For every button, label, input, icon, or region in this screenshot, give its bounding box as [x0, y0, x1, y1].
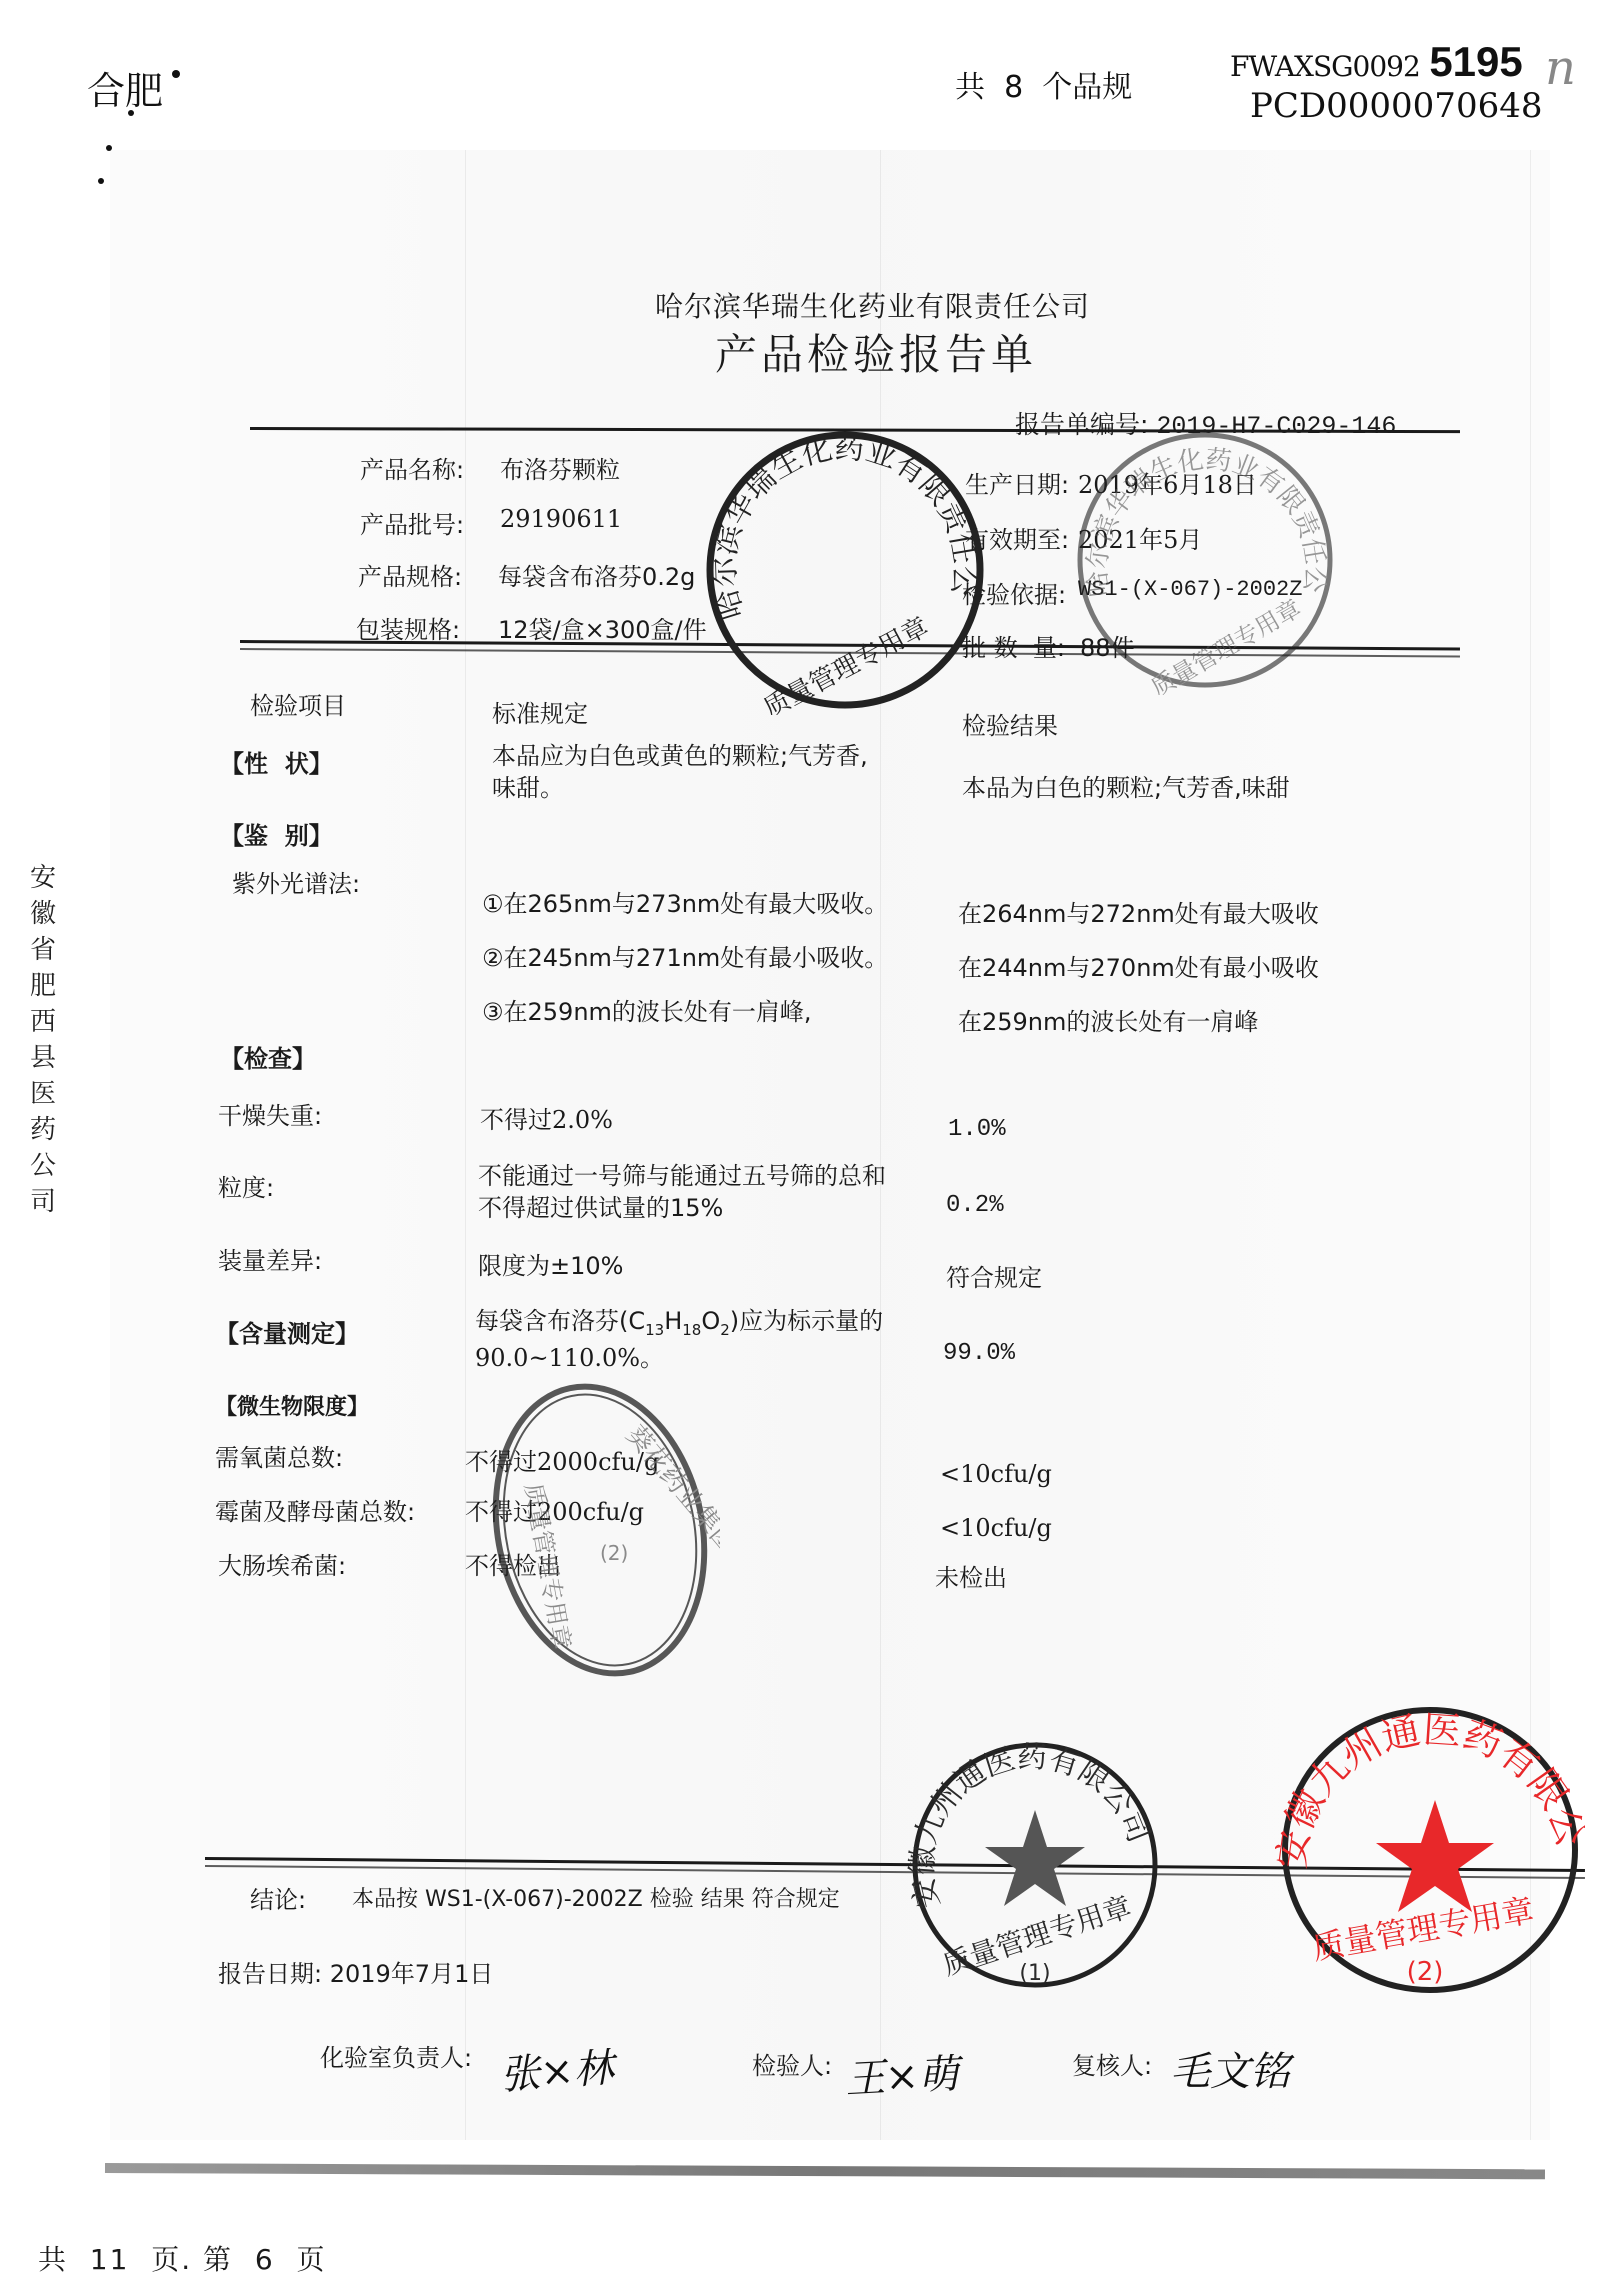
- assay-result: 99.0%: [943, 1338, 1015, 1370]
- assay-sub-c: 13: [645, 1321, 664, 1339]
- uv3-standard: ③在259nm的波长处有一肩峰,: [482, 996, 812, 1028]
- stamp-bottom-text: 质量管理专用章: [519, 1481, 576, 1651]
- stamp-bottom-red: 安徽九州通医药有限公司 质量管理专用章 (2): [1275, 1700, 1585, 2000]
- stamp-top-right: 哈尔滨华瑞生化药业有限责任公司 质量管理专用章: [1070, 425, 1340, 695]
- stamp-ring-text: 哈尔滨华瑞生化药业有限责任公司: [700, 425, 982, 623]
- stamp-number: (2): [1407, 1957, 1444, 1987]
- appearance-result: 本品为白色的颗粒;气芳香,味甜: [962, 772, 1290, 804]
- scan-dot: [106, 145, 112, 151]
- conclusion-text: 本品按 WS1-(X-067)-2002Z 检验 结果 符合规定: [352, 1884, 840, 1916]
- report-date-label: 报告日期:: [218, 1960, 322, 1988]
- col-header-item: 检验项目: [250, 690, 346, 722]
- inspector-label: 检验人:: [752, 2050, 832, 2082]
- aerobic-result: <10cfu/g: [940, 1458, 1052, 1490]
- appearance-standard-1: 本品应为白色或黄色的颗粒;气芳香,: [492, 740, 868, 772]
- lab-head-label: 化验室负责人:: [320, 2042, 472, 2074]
- aerobic-item: 需氧菌总数:: [215, 1442, 343, 1474]
- doc-code: FWAXSG0092 5195: [1230, 38, 1523, 86]
- particle-size-standard-1: 不能通过一号筛与能通过五号筛的总和: [478, 1160, 886, 1192]
- fill-variation-result: 符合规定: [946, 1262, 1042, 1294]
- lab-head-signature: 张×林: [498, 2036, 615, 2101]
- section-identification: 【鉴 别】: [220, 820, 333, 852]
- company-name: 哈尔滨华瑞生化药业有限责任公司: [655, 285, 1090, 325]
- star-icon: [985, 1810, 1085, 1906]
- assay-standard-1: 每袋含布洛芬(C13H18O2)应为标示量的: [475, 1305, 883, 1346]
- product-name-value: 布洛芬颗粒: [500, 450, 620, 485]
- assay-formula-prefix: 每袋含布洛芬(C: [475, 1307, 645, 1335]
- ecoli-item: 大肠埃希菌:: [218, 1550, 346, 1582]
- pack-label: 包装规格:: [356, 610, 460, 645]
- batch-label: 产品批号:: [360, 505, 464, 540]
- page-indicator: 共 11 页. 第 6 页: [38, 2238, 326, 2278]
- ecoli-result: 未检出: [935, 1562, 1007, 1594]
- assay-standard-2: 90.0~110.0%。: [475, 1342, 664, 1374]
- stamp-number: (1): [1019, 1961, 1050, 1986]
- stamp-bottom-text: 质量管理专用章: [759, 612, 934, 715]
- lod-result: 1.0%: [948, 1114, 1006, 1146]
- uv2-standard: ②在245nm与271nm处有最小吸收。: [482, 942, 888, 974]
- doc-code-suffix: 5195: [1429, 38, 1522, 85]
- particle-size-item: 粒度:: [218, 1172, 274, 1204]
- reviewer-label: 复核人:: [1072, 2050, 1152, 2082]
- spec-value: 每袋含布洛芬0.2g: [498, 557, 695, 592]
- uv1-result: 在264nm与272nm处有最大吸收: [958, 898, 1319, 930]
- particle-size-standard-2: 不得超过供试量的15%: [478, 1192, 723, 1224]
- section-appearance: 【性 状】: [220, 748, 333, 780]
- divider-bottom-smear: [105, 2163, 1545, 2179]
- lod-item: 干燥失重:: [218, 1100, 322, 1132]
- assay-sub-o: 2: [720, 1321, 730, 1339]
- stamp-bottom-text: 质量管理专用章: [1309, 1891, 1536, 1967]
- batch-value: 29190611: [500, 505, 622, 533]
- city-label: 合肥: [87, 60, 163, 115]
- reviewer-signature: 毛文铭: [1170, 2040, 1290, 2097]
- stamp-number: (2): [600, 1541, 628, 1565]
- uv3-result: 在259nm的波长处有一肩峰: [958, 1006, 1258, 1038]
- scan-dot: [128, 110, 134, 116]
- report-date: 报告日期: 2019年7月1日: [218, 1958, 493, 1990]
- stamp-bottom-text: 质量管理专用章: [1146, 594, 1305, 695]
- conclusion-label: 结论:: [250, 1884, 306, 1916]
- scan-streak: [465, 150, 466, 2140]
- fill-variation-item: 装量差异:: [218, 1245, 322, 1277]
- assay-formula-suffix: )应为标示量的: [730, 1307, 883, 1335]
- col-header-standard: 标准规定: [492, 698, 588, 730]
- pack-value: 12袋/盒×300盒/件: [498, 610, 707, 645]
- uv2-result: 在244nm与270nm处有最小吸收: [958, 952, 1319, 984]
- doc-code-prefix: FWAXSG0092: [1230, 50, 1420, 83]
- stamp-ring-inner: [480, 1376, 720, 1683]
- stamp-ring-text: 哈尔滨华瑞生化药业有限责任公司: [1070, 425, 1330, 599]
- pcd-code: PCD0000070648: [1250, 86, 1542, 126]
- section-inspection: 【检查】: [220, 1043, 316, 1075]
- side-stamp-text: 安徽省肥西县医药公司: [30, 860, 70, 1220]
- inspector-signature: 王×萌: [844, 2042, 960, 2105]
- appearance-standard-2: 味甜。: [492, 772, 564, 804]
- assay-h: H: [664, 1307, 682, 1335]
- section-microbial: 【微生物限度】: [215, 1392, 369, 1424]
- fill-variation-standard: 限度为±10%: [478, 1250, 623, 1282]
- scan-dot: [98, 178, 104, 184]
- stamp-ring: [480, 1375, 720, 1685]
- uv-method-label: 紫外光谱法:: [232, 868, 360, 900]
- uv1-standard: ①在265nm与273nm处有最大吸收。: [482, 888, 888, 920]
- report-date-value: 2019年7月1日: [330, 1960, 494, 1988]
- handwritten-mark: n: [1545, 40, 1576, 96]
- product-count-label: 共 8 个品规: [955, 62, 1132, 106]
- mold-yeast-result: <10cfu/g: [940, 1512, 1052, 1544]
- product-name-label: 产品名称:: [360, 450, 464, 485]
- star-icon: [1376, 1800, 1494, 1912]
- report-title: 产品检验报告单: [715, 322, 1037, 382]
- stamp-middle: 葵花药业集团医药有限公司 质量管理专用章 (2): [480, 1375, 720, 1685]
- mold-yeast-item: 霉菌及酵母菌总数:: [215, 1496, 415, 1528]
- lod-standard: 不得过2.0%: [480, 1104, 613, 1136]
- assay-sub-h: 18: [682, 1321, 701, 1339]
- stamp-top-left: 哈尔滨华瑞生化药业有限责任公司 质量管理专用章: [700, 425, 990, 715]
- scan-dot: [172, 70, 180, 78]
- spec-label: 产品规格:: [358, 557, 462, 592]
- particle-size-result: 0.2%: [946, 1190, 1004, 1222]
- stamp-bottom-black: 安徽九州通医药有限公司 质量管理专用章 (1): [905, 1735, 1165, 1995]
- section-assay: 【含量测定】: [215, 1318, 359, 1350]
- assay-o: O: [701, 1307, 720, 1335]
